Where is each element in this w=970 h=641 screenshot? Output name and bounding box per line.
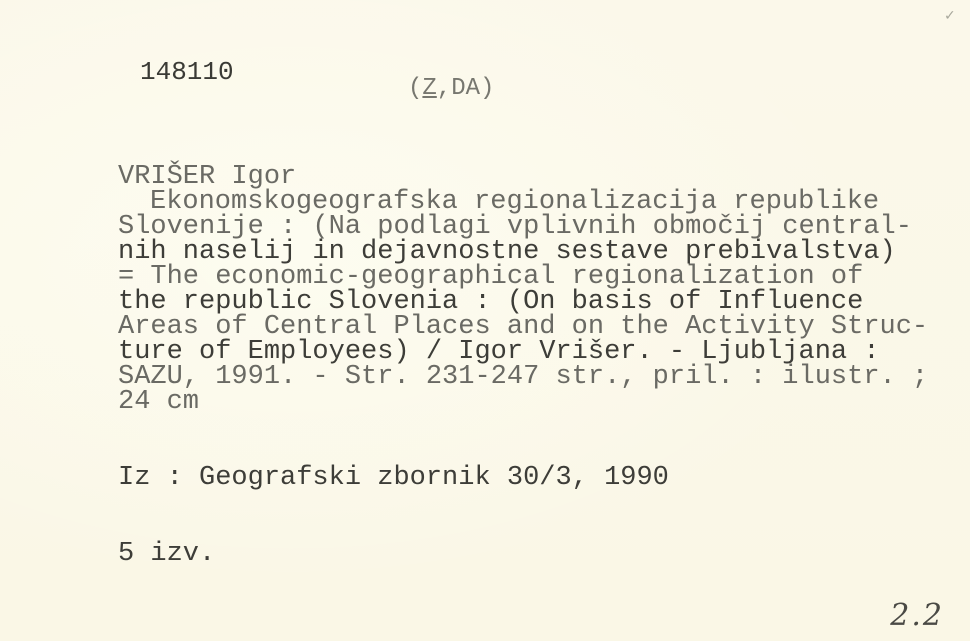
description-line-9: 24 cm <box>118 390 199 415</box>
description-line-8: SAZU, 1991. - Str. 231-247 str., pril. :… <box>118 365 928 390</box>
location-code: (Z,DA) <box>408 76 494 101</box>
location-code-rest: ,DA) <box>437 75 495 102</box>
check-mark-icon: ✓ <box>944 8 956 24</box>
accession-number: 148110 <box>140 60 234 85</box>
catalog-card: 148110 (Z,DA) VRIŠER Igor Ekonomskogeogr… <box>0 0 970 641</box>
handwritten-note: 2.2 <box>890 598 944 633</box>
location-code-prefix: ( <box>408 75 422 102</box>
source-note: Iz : Geografski zbornik 30/3, 1990 <box>118 466 669 491</box>
copies-note: 5 izv. <box>118 542 215 567</box>
location-code-underlined: Z <box>422 75 436 102</box>
